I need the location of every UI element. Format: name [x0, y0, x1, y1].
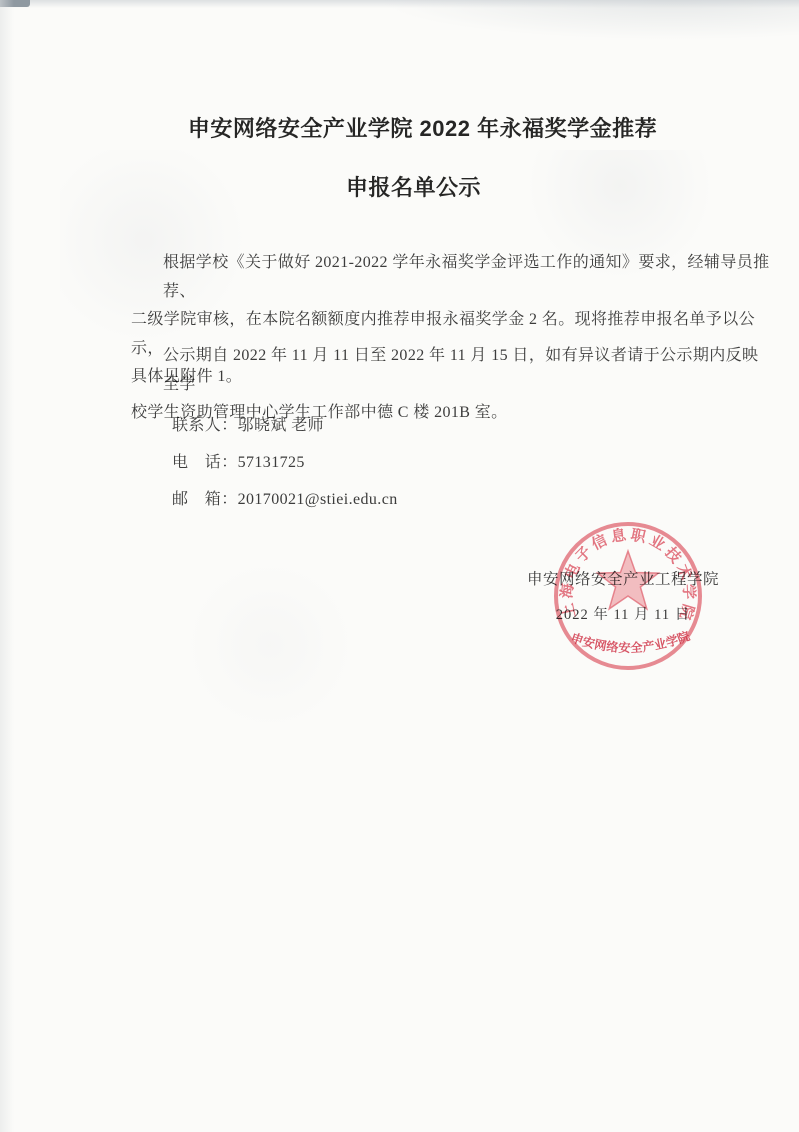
- scan-shadow-top-right: [379, 0, 799, 40]
- paragraph-2-line-1: 公示期自 2022 年 11 月 11 日至 2022 年 11 月 15 日，…: [131, 342, 771, 399]
- paragraph-1-line-1: 根据学校《关于做好 2021-2022 学年永福奖学金评选工作的通知》要求，经辅…: [131, 249, 771, 306]
- contact-email-label: 邮 箱：: [172, 491, 238, 508]
- document-title-line1: 申安网络安全产业学院 2022 年永福奖学金推荐: [23, 112, 799, 143]
- contact-email-value: 20170021@stiei.edu.cn: [238, 491, 398, 508]
- signature-block: 申安网络安全产业工程学院 2022 年 11 月 11 日: [423, 567, 799, 624]
- contact-email-row: 邮 箱：20170021@stiei.edu.cn: [172, 481, 692, 518]
- contact-person-row: 联系人：邬晓斌 老师: [172, 407, 692, 444]
- contact-person-label: 联系人：: [172, 417, 238, 434]
- scan-shadow-left: [0, 0, 14, 1132]
- contact-person-value: 邬晓斌 老师: [238, 417, 324, 434]
- signature-org: 申安网络安全产业工程学院: [423, 567, 799, 589]
- contact-block: 联系人：邬晓斌 老师 电 话：57131725 邮 箱：20170021@sti…: [172, 407, 692, 518]
- document-title-line2: 申报名单公示: [14, 171, 799, 202]
- document-page: 申安网络安全产业学院 2022 年永福奖学金推荐 申报名单公示 根据学校《关于做…: [0, 0, 799, 1132]
- contact-phone-label: 电 话：: [172, 454, 238, 471]
- contact-phone-value: 57131725: [238, 454, 305, 471]
- signature-date: 2022 年 11 月 11 日: [423, 603, 799, 624]
- contact-phone-row: 电 话：57131725: [172, 444, 692, 481]
